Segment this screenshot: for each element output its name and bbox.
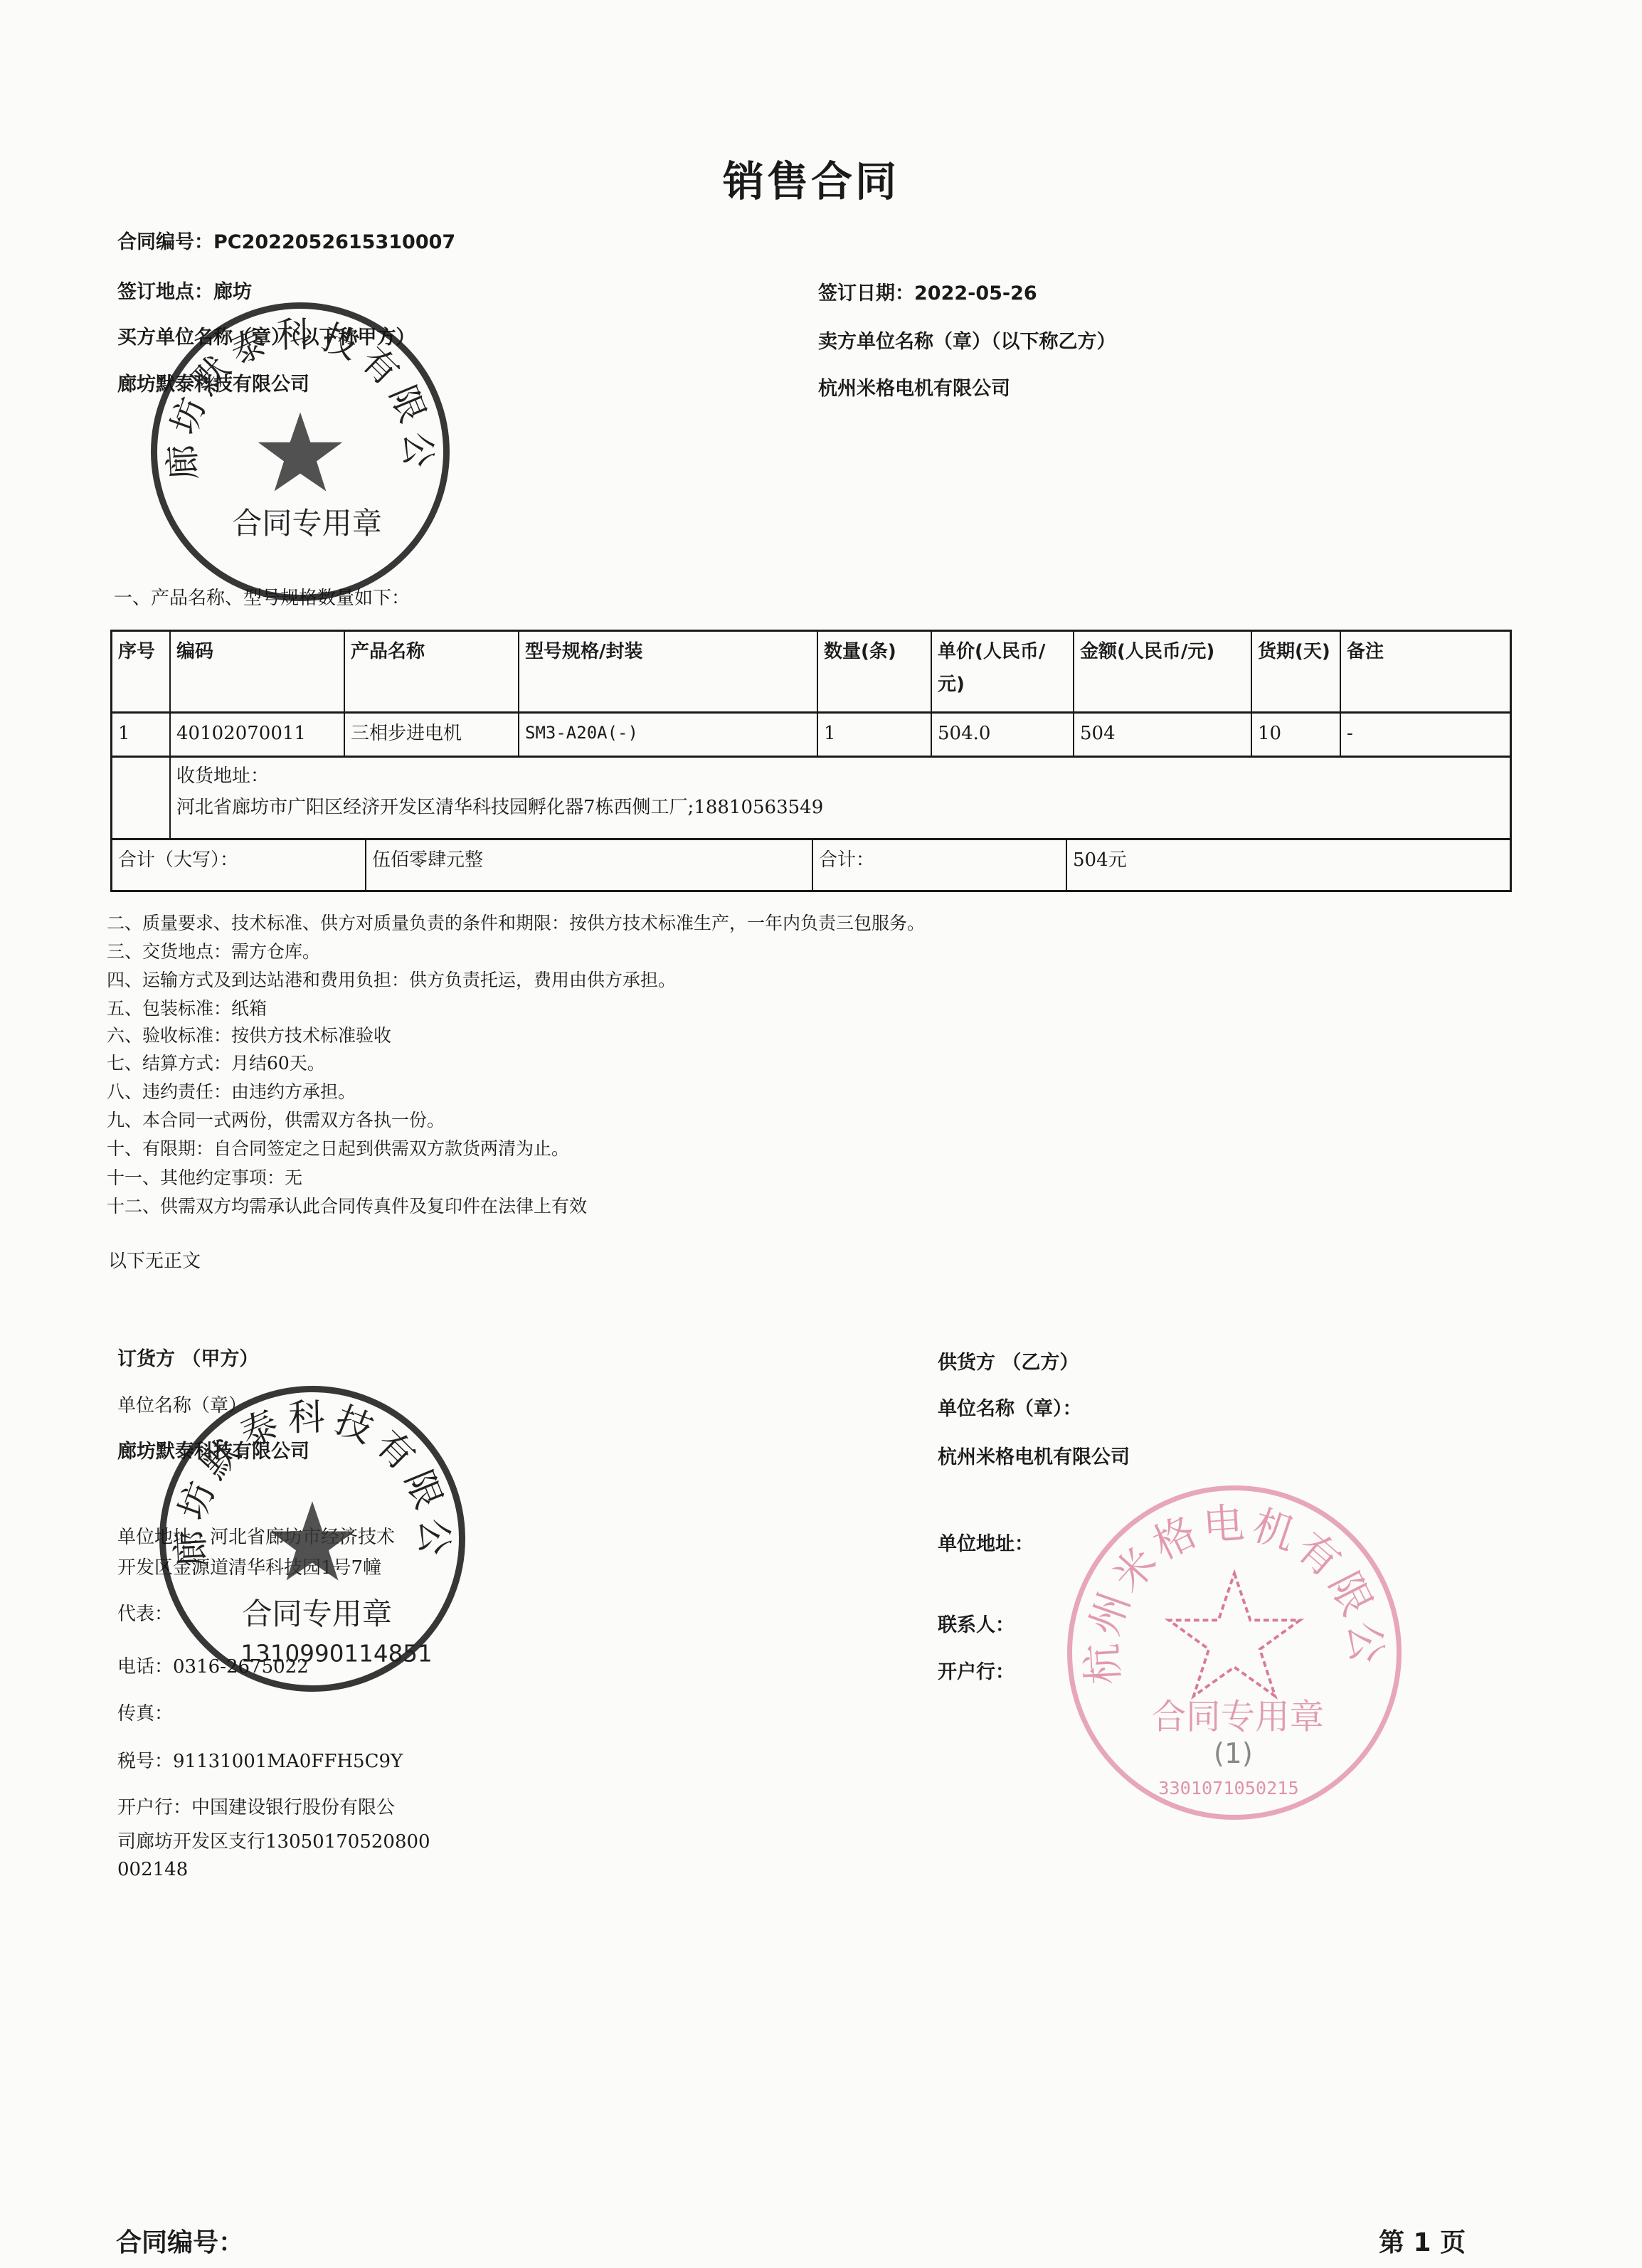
- total-label: 合计：: [813, 840, 1067, 890]
- svg-text:合同专用章: 合同专用章: [242, 1596, 392, 1631]
- th-unit-price: 单价(人民币/元): [932, 632, 1074, 711]
- clause-item: 七、结算方式：月结60天。: [107, 1049, 325, 1075]
- cell-unit-price: 504.0: [932, 714, 1074, 756]
- address-row-spacer: [112, 758, 171, 838]
- cell-model: SM3-A20A(-): [519, 714, 818, 756]
- total-value: 504元: [1067, 840, 1510, 890]
- buyer-name: 廊坊默泰科技有限公司: [117, 369, 309, 396]
- party-a-bank-line1: 开户行：中国建设银行股份有限公: [117, 1793, 395, 1819]
- party-a-phone: 电话：0316-2675022: [117, 1652, 309, 1678]
- seller-label: 卖方单位名称（章）（以下称乙方）: [818, 326, 1116, 354]
- cell-quantity: 1: [818, 714, 932, 756]
- shipping-address-label: 收货地址：: [176, 761, 1504, 792]
- cell-remark: -: [1341, 714, 1510, 756]
- party-a-tax-label: 税号：: [117, 1751, 173, 1772]
- party-b-unit-name-label: 单位名称（章）：: [938, 1393, 1082, 1421]
- sign-date-label: 签订日期：: [818, 282, 914, 304]
- th-product-name: 产品名称: [345, 632, 519, 711]
- totals-row: 合计（大写）： 伍佰零肆元整 合计： 504元: [112, 840, 1510, 890]
- th-quantity: 数量(条): [818, 632, 932, 711]
- party-a-representative-label: 代表：: [117, 1599, 173, 1626]
- clause-item: 十、有限期：自合同签定之日起到供需双方款货两清为止。: [107, 1135, 569, 1160]
- party-a-address-line2: 开发区金源道清华科技园1号7幢: [117, 1553, 381, 1579]
- sign-place-value: 廊坊: [213, 281, 252, 303]
- svg-text:合同专用章: 合同专用章: [232, 506, 382, 541]
- seller-seal: 杭州米格电机有限公司 合同专用章 (1) 3301071050215: [1067, 1485, 1402, 1820]
- star-icon: 杭州米格电机有限公司 合同专用章 (1) 3301071050215: [1072, 1490, 1397, 1815]
- party-b-contact-label: 联系人：: [938, 1609, 1015, 1637]
- clause-item: 四、运输方式及到达站港和费用负担：供方负责托运，费用由供方承担。: [107, 966, 676, 992]
- party-a-tax: 税号：91131001MA0FFH5C9Y: [117, 1747, 403, 1773]
- sign-date-value: 2022-05-26: [914, 282, 1037, 304]
- clause-item: 五、包装标准：纸箱: [107, 995, 267, 1020]
- party-a-phone-label: 电话：: [117, 1656, 173, 1678]
- cell-amount: 504: [1074, 714, 1252, 756]
- table-header-row: 序号 编码 产品名称 型号规格/封装 数量(条) 单价(人民币/元) 金额(人民…: [112, 632, 1510, 714]
- end-note: 以下无正文: [108, 1246, 201, 1273]
- party-a-heading: 订货方 （甲方）: [117, 1343, 258, 1371]
- address-row: 收货地址： 河北省廊坊市广阳区经济开发区清华科技园孵化器7栋西侧工厂;18810…: [112, 758, 1510, 840]
- svg-text:(1): (1): [1214, 1738, 1253, 1770]
- svg-text:杭州米格电机有限公司: 杭州米格电机有限公司: [1049, 1452, 1392, 1686]
- cell-code: 40102070011: [171, 714, 345, 756]
- party-b-unit-name: 杭州米格电机有限公司: [938, 1441, 1130, 1469]
- th-model: 型号规格/封装: [519, 632, 818, 711]
- clause-item: 九、本合同一式两份，供需双方各执一份。: [107, 1106, 445, 1132]
- clause-item: 六、验收标准：按供方技术标准验收: [107, 1022, 391, 1047]
- sign-date: 签订日期：2022-05-26: [818, 277, 1037, 305]
- buyer-label: 买方单位名称（章）（以下称甲方）: [117, 322, 415, 349]
- party-a-bank-line2: 司廊坊开发区支行13050170520800: [117, 1827, 430, 1853]
- party-b-bank-label: 开户行：: [938, 1656, 1015, 1684]
- party-b-heading: 供货方 （乙方）: [938, 1347, 1079, 1374]
- sign-place-label: 签订地点：: [117, 281, 213, 303]
- cell-product-name: 三相步进电机: [345, 714, 519, 756]
- clause-item: 二、质量要求、技术标准、供方对质量负责的条件和期限：按供方技术标准生产，一年内负…: [107, 909, 925, 935]
- seller-name: 杭州米格电机有限公司: [818, 373, 1010, 401]
- party-a-fax-label: 传真：: [117, 1699, 173, 1725]
- contract-number: 合同编号：PC2022052615310007: [117, 226, 455, 254]
- svg-text:3301071050215: 3301071050215: [1158, 1778, 1298, 1798]
- contract-number-value: PC2022052615310007: [213, 231, 455, 253]
- party-a-tax-value: 91131001MA0FFH5C9Y: [173, 1751, 403, 1772]
- clause-item: 八、违约责任：由违约方承担。: [107, 1078, 356, 1103]
- total-upper-value: 伍佰零肆元整: [366, 840, 813, 890]
- shipping-address-value: 河北省廊坊市广阳区经济开发区清华科技园孵化器7栋西侧工厂;18810563549: [176, 792, 1504, 823]
- cell-index: 1: [112, 714, 171, 756]
- star-icon: 廊坊默泰科技有限公司 合同专用章: [157, 309, 443, 595]
- section-product-heading: 一、产品名称、型号规格数量如下：: [114, 583, 410, 610]
- page-number: 第 1 页: [1379, 2222, 1466, 2259]
- party-a-phone-value: 0316-2675022: [173, 1656, 309, 1678]
- th-remark: 备注: [1341, 632, 1510, 711]
- party-a-unit-name: 廊坊默泰科技有限公司: [117, 1436, 309, 1463]
- cell-delivery-days: 10: [1252, 714, 1341, 756]
- th-index: 序号: [112, 632, 171, 711]
- total-upper-label: 合计（大写）：: [112, 840, 366, 890]
- th-delivery-days: 货期(天): [1252, 632, 1341, 711]
- svg-text:合同专用章: 合同专用章: [1152, 1697, 1325, 1737]
- sign-place: 签订地点：廊坊: [117, 276, 252, 304]
- party-a-unit-name-label: 单位名称（章）: [117, 1391, 247, 1417]
- th-amount: 金额(人民币/元): [1074, 632, 1252, 711]
- page-title: 销售合同: [0, 148, 1622, 208]
- party-a-bank-line3: 002148: [117, 1859, 188, 1880]
- product-table: 序号 编码 产品名称 型号规格/封装 数量(条) 单价(人民币/元) 金额(人民…: [110, 630, 1512, 892]
- clause-item: 三、交货地点：需方仓库。: [107, 938, 320, 963]
- table-row: 1 40102070011 三相步进电机 SM3-A20A(-) 1 504.0…: [112, 714, 1510, 758]
- party-b-address-label: 单位地址：: [938, 1528, 1034, 1556]
- th-code: 编码: [171, 632, 345, 711]
- footer-contract-number-label: 合同编号：: [116, 2222, 244, 2259]
- shipping-address: 收货地址： 河北省廊坊市广阳区经济开发区清华科技园孵化器7栋西侧工厂;18810…: [171, 758, 1510, 838]
- clause-item: 十一、其他约定事项：无: [107, 1164, 302, 1189]
- party-a-address-line1: 单位地址：河北省廊坊市经济技术: [117, 1522, 395, 1549]
- contract-number-label: 合同编号：: [117, 231, 213, 253]
- clause-item: 十二、供需双方均需承认此合同传真件及复印件在法律上有效: [107, 1192, 587, 1218]
